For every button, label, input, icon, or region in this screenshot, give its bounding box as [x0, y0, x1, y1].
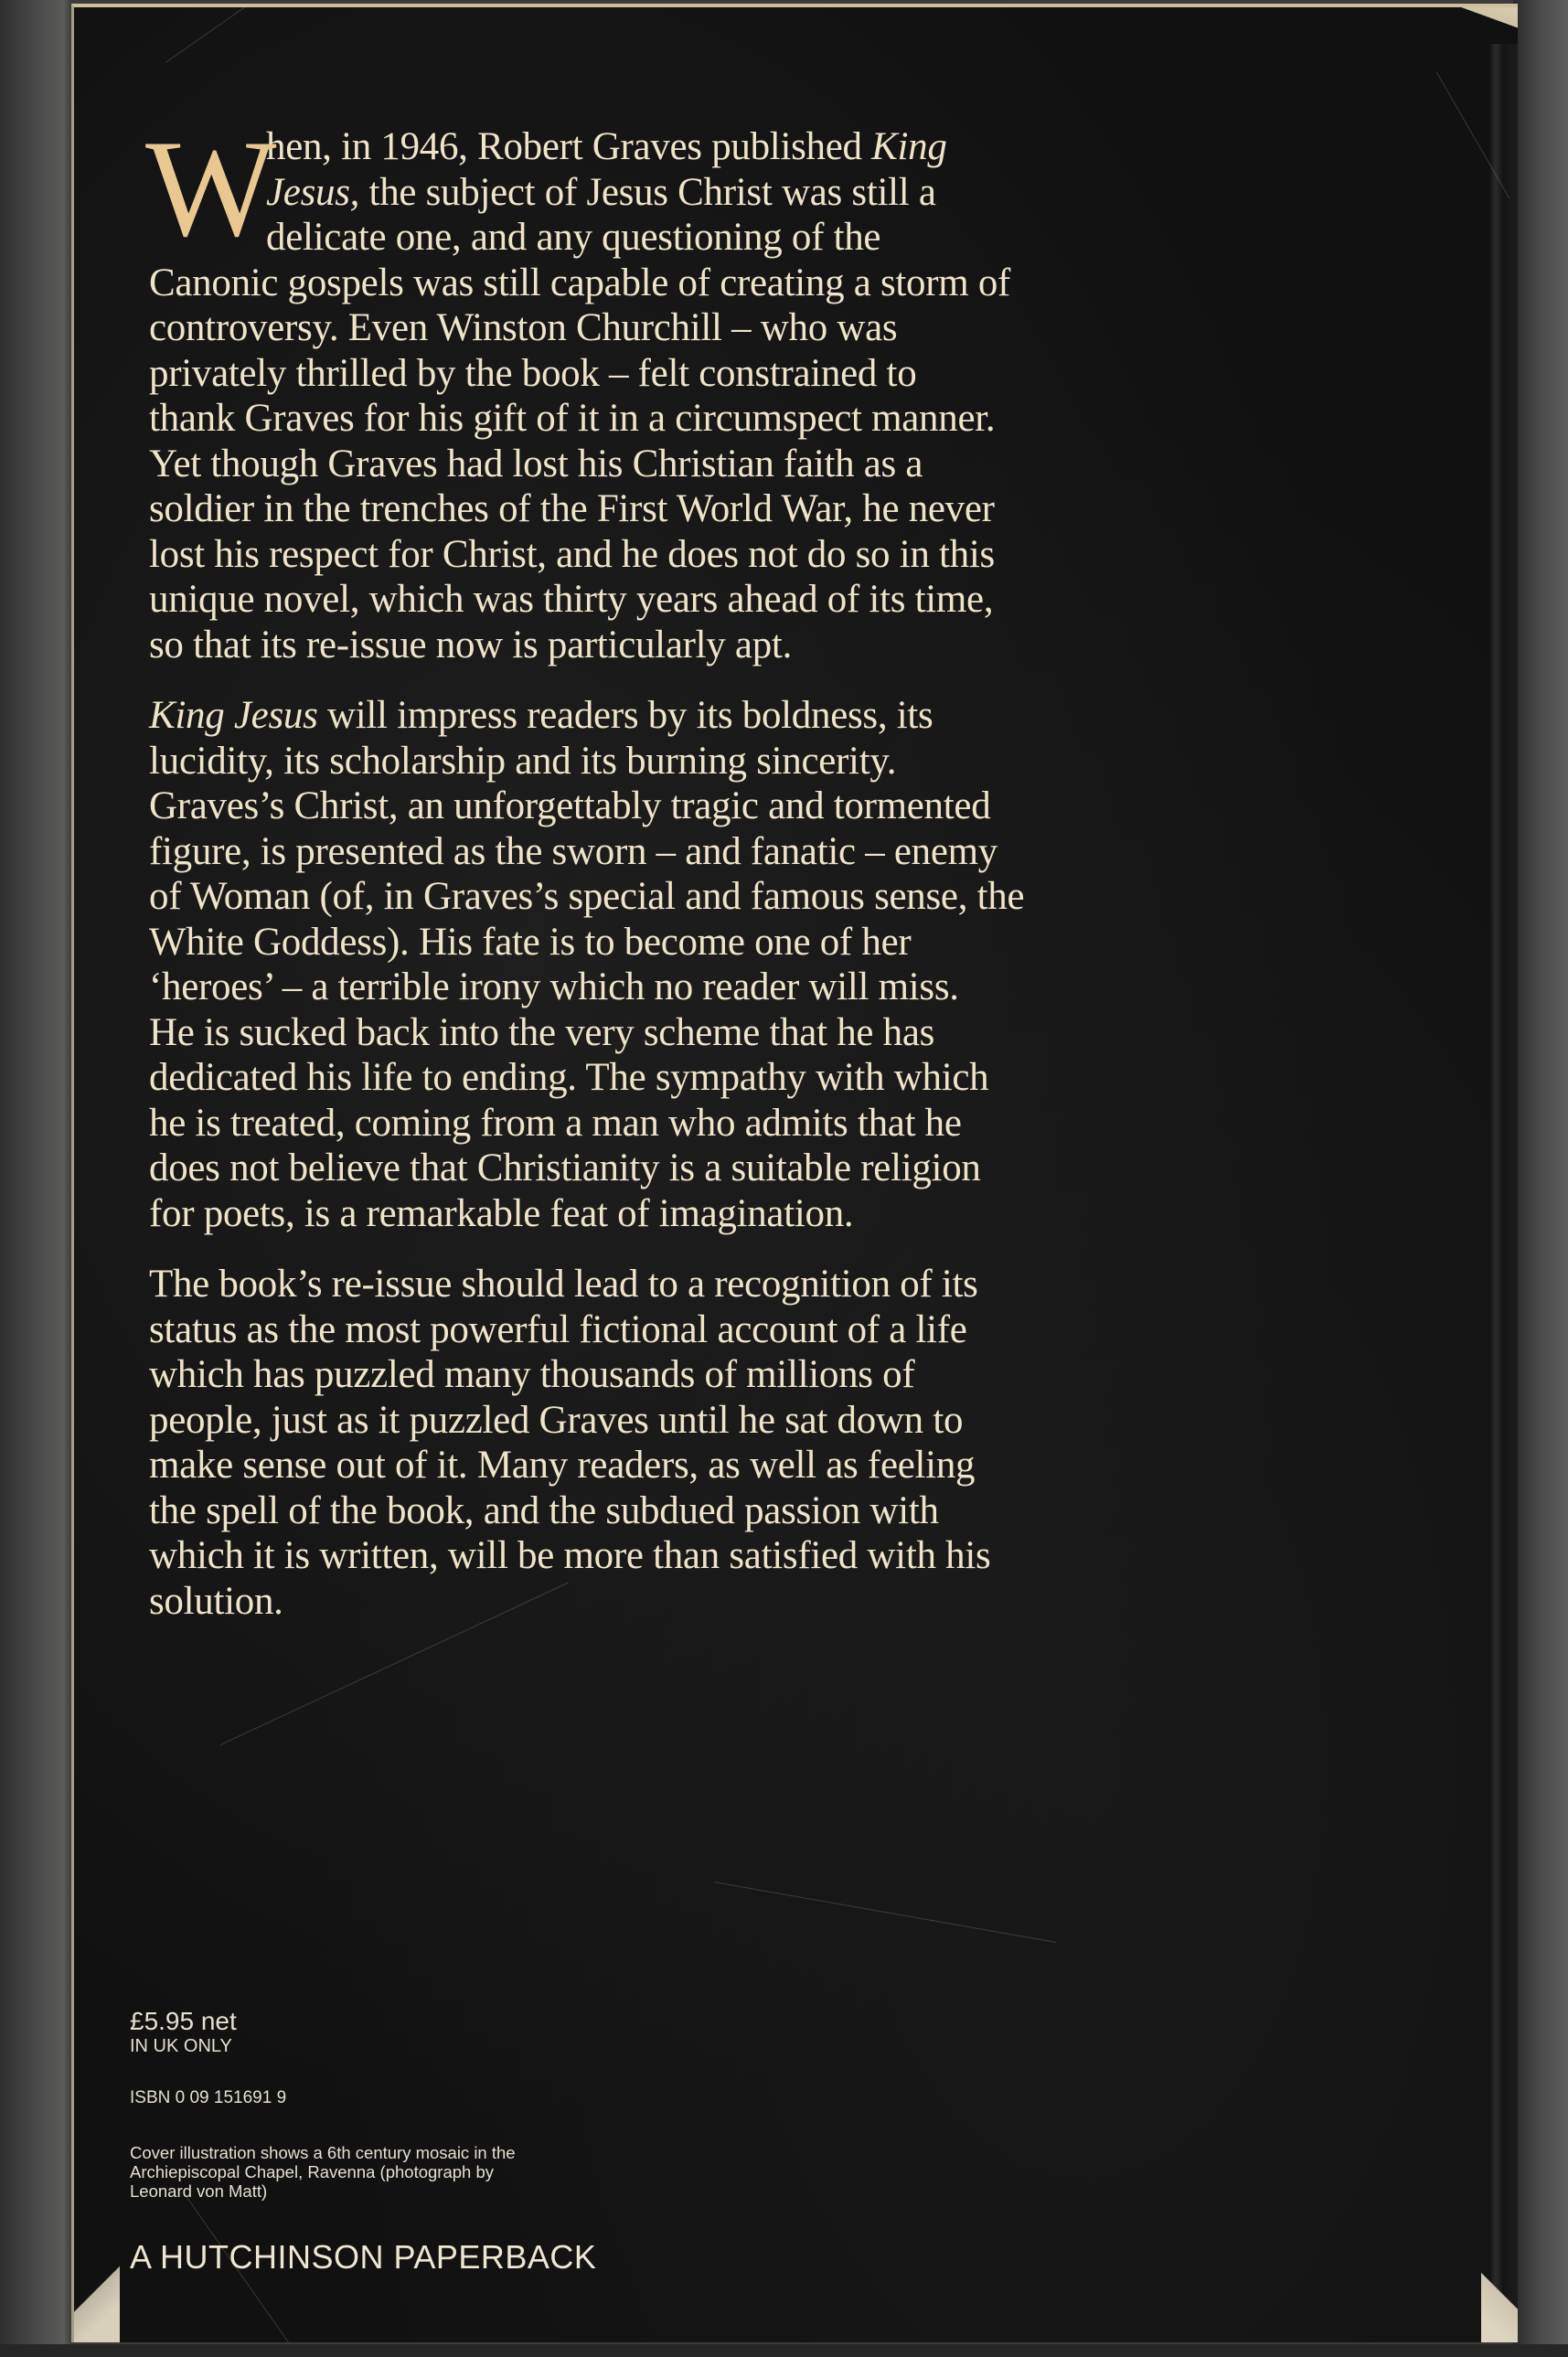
spine-fold-edge [1490, 44, 1518, 2342]
book-title-italic: King [871, 125, 946, 168]
text-line: dedicated his life to ending. The sympat… [149, 1055, 1356, 1101]
blurb-paragraph-1: hen, in 1946, Robert Graves published Ki… [149, 124, 1356, 667]
text-line: ‘heroes’ – a terrible irony which no rea… [149, 965, 1356, 1010]
text-run: the subject of Jesus Christ was still a [359, 171, 936, 214]
text-line: privately thrilled by the book – felt co… [149, 351, 1356, 397]
surface-scratch [714, 1882, 1056, 1943]
text-line: the spell of the book, and the subdued p… [149, 1488, 1356, 1534]
text-line: figure, is presented as the sworn – and … [149, 829, 1356, 875]
credit-line: Leonard von Matt) [130, 2181, 642, 2201]
price-label: £5.95 net [130, 2008, 237, 2035]
publisher-imprint: A HUTCHINSON PAPERBACK [130, 2239, 596, 2276]
scanner-background-bottom [0, 2344, 1568, 2357]
text-line: make sense out of it. Many readers, as w… [149, 1443, 1356, 1488]
text-line: He is sucked back into the very scheme t… [149, 1010, 1356, 1056]
text-line: soldier in the trenches of the First Wor… [149, 486, 1356, 532]
text-line: controversy. Even Winston Churchill – wh… [149, 305, 1356, 351]
text-line: which has puzzled many thousands of mill… [149, 1352, 1356, 1398]
text-run: hen, in 1946, Robert Graves published [266, 125, 871, 168]
text-line: of Woman (of, in Graves’s special and fa… [149, 874, 1356, 920]
text-line: Graves’s Christ, an unforgettably tragic… [149, 784, 1356, 829]
text-line: lucidity, its scholarship and its burnin… [149, 739, 1356, 784]
text-line: lost his respect for Christ, and he does… [149, 532, 1356, 578]
scanner-background-right [1513, 0, 1568, 2357]
text-line: Yet though Graves had lost his Christian… [149, 442, 1356, 487]
text-line: solution. [149, 1579, 1356, 1625]
text-line: he is treated, coming from a man who adm… [149, 1101, 1356, 1147]
surface-scratch [165, 4, 331, 63]
text-line: people, just as it puzzled Graves until … [149, 1398, 1356, 1444]
corner-wear-bottom-right [1481, 2251, 1518, 2342]
text-line: delicate one, and any questioning of the [149, 215, 1356, 261]
text-run: will impress readers by its boldness, it… [318, 694, 933, 737]
text-line: for poets, is a remarkable feat of imagi… [149, 1191, 1356, 1237]
corner-wear-top-right [1454, 7, 1518, 35]
blurb-text: W hen, in 1946, Robert Graves published … [149, 124, 1356, 1649]
book-title-italic: King Jesus [149, 694, 318, 737]
credit-line: Cover illustration shows a 6th century m… [130, 2143, 642, 2162]
text-line: thank Graves for his gift of it in a cir… [149, 396, 1356, 442]
text-line: The book’s re-issue should lead to a rec… [149, 1262, 1356, 1307]
price-region-note: IN UK ONLY [130, 2035, 232, 2057]
credit-line: Archiepiscopal Chapel, Ravenna (photogra… [130, 2162, 642, 2181]
isbn-number: ISBN 0 09 151691 9 [130, 2088, 286, 2108]
text-line: Canonic gospels was still capable of cre… [149, 261, 1356, 306]
text-line: so that its re-issue now is particularly… [149, 623, 1356, 668]
corner-wear-bottom-left [74, 2260, 120, 2342]
text-line: does not believe that Christianity is a … [149, 1146, 1356, 1191]
drop-cap-letter: W [145, 124, 276, 252]
text-line: King Jesus will impress readers by its b… [149, 693, 1356, 739]
blurb-paragraph-3: The book’s re-issue should lead to a rec… [149, 1262, 1356, 1624]
text-line: hen, in 1946, Robert Graves published Ki… [149, 124, 1356, 170]
blurb-paragraph-2: King Jesus will impress readers by its b… [149, 693, 1356, 1236]
text-line: White Goddess). His fate is to become on… [149, 920, 1356, 965]
book-title-italic: Jesus, [266, 171, 359, 214]
text-line: which it is written, will be more than s… [149, 1533, 1356, 1579]
text-line: status as the most powerful fictional ac… [149, 1307, 1356, 1353]
cover-illustration-credit: Cover illustration shows a 6th century m… [130, 2143, 642, 2201]
text-line: Jesus, the subject of Jesus Christ was s… [149, 170, 1356, 216]
text-line: unique novel, which was thirty years ahe… [149, 577, 1356, 623]
